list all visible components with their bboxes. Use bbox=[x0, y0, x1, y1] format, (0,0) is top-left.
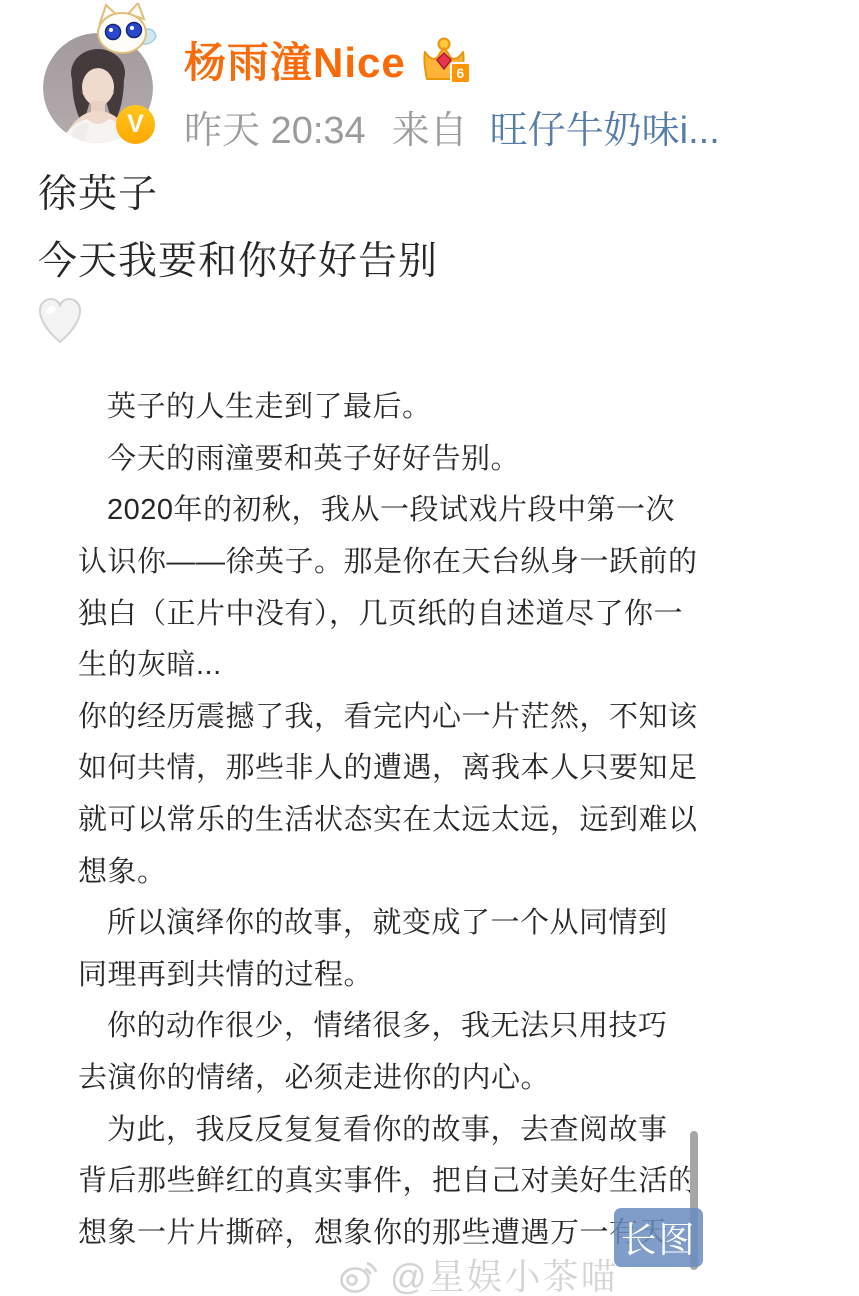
watermark: @星娱小茶喵 bbox=[336, 1249, 619, 1296]
body-line: 为此，我反反复复看你的故事，去查阅故事 bbox=[78, 1101, 718, 1153]
body-line: 生的灰暗... bbox=[78, 637, 718, 689]
user-name-row: 杨雨潼Nice 6 bbox=[184, 33, 468, 87]
body-line: 认识你——徐英子。那是你在天台纵身一跃前的 bbox=[78, 534, 718, 586]
body-line: 今天的雨潼要和英子好好告别。 bbox=[78, 431, 718, 483]
body-line: 去演你的情绪，必须走进你的内心。 bbox=[78, 1050, 718, 1102]
verified-badge-icon: V bbox=[116, 105, 155, 144]
vip-crown-icon: 6 bbox=[420, 37, 468, 83]
post-body: 英子的人生走到了最后。今天的雨潼要和英子好好告别。2020年的初秋，我从一段试戏… bbox=[78, 379, 718, 1256]
watermark-text: @星娱小茶喵 bbox=[390, 1249, 619, 1296]
body-line: 英子的人生走到了最后。 bbox=[78, 379, 718, 431]
body-line: 所以演绎你的故事，就变成了一个从同情到 bbox=[78, 895, 718, 947]
body-line: 就可以常乐的生活状态实在太远太远，远到难以 bbox=[78, 792, 718, 844]
avatar[interactable]: V bbox=[43, 33, 153, 143]
body-line: 如何共情，那些非人的遭遇，离我本人只要知足 bbox=[78, 740, 718, 792]
post-meta-row: 昨天 20:34 来自 旺仔牛奶味i... bbox=[184, 99, 720, 154]
vip-level-number: 6 bbox=[450, 62, 471, 84]
timestamp: 昨天 20:34 bbox=[184, 99, 366, 154]
post-title-line2: 今天我要和你好好告别 bbox=[38, 228, 438, 295]
post-title-line1: 徐英子 bbox=[38, 161, 438, 228]
weibo-logo-icon bbox=[336, 1252, 382, 1296]
body-line: 背后那些鲜红的真实事件，把自己对美好生活的 bbox=[78, 1153, 718, 1205]
body-line: 2020年的初秋，我从一段试戏片段中第一次 bbox=[78, 482, 718, 534]
body-line: 想象。 bbox=[78, 843, 718, 895]
white-heart-icon bbox=[38, 297, 82, 345]
source-link[interactable]: 旺仔牛奶味i... bbox=[490, 99, 720, 154]
weibo-post-long-image: V 杨雨潼Nice 6 昨天 20:34 来自 旺仔牛奶味i... 徐英子 今天… bbox=[0, 0, 859, 1296]
body-line: 独白（正片中没有），几页纸的自述道尽了你一 bbox=[78, 585, 718, 637]
post-title: 徐英子 今天我要和你好好告别 bbox=[38, 161, 438, 295]
body-line: 同理再到共情的过程。 bbox=[78, 947, 718, 999]
source-label: 来自 bbox=[392, 99, 468, 154]
username[interactable]: 杨雨潼Nice bbox=[184, 30, 406, 90]
body-line: 你的动作很少，情绪很多，我无法只用技巧 bbox=[78, 998, 718, 1050]
body-line: 你的经历震撼了我，看完内心一片茫然，不知该 bbox=[78, 689, 718, 741]
long-image-badge: 长图 bbox=[614, 1208, 703, 1267]
cat-ears-decoration-icon bbox=[92, 3, 158, 55]
